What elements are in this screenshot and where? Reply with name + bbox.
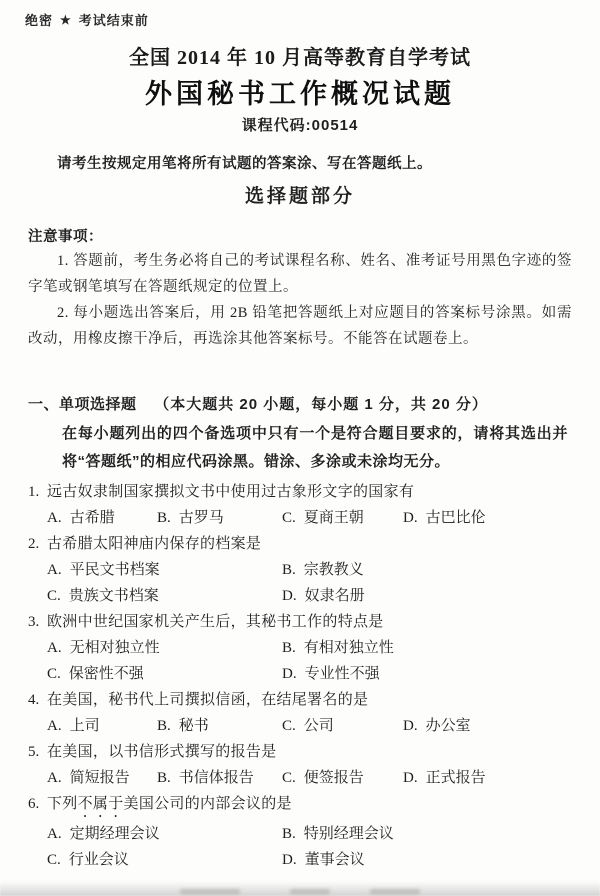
section-score-note: （本大题共 20 小题，每小题 1 分，共 20 分） <box>154 396 488 413</box>
option-a: A.定期经理会议 <box>47 821 282 847</box>
option-text: 平民文书档案 <box>70 557 160 583</box>
option-label: C. <box>47 847 61 873</box>
option-c: C.行业会议 <box>47 847 282 873</box>
option-c: C.贵族文书档案 <box>47 583 282 609</box>
part-title: 选择题部分 <box>28 185 572 209</box>
question-6: 6. 下列不属于美国公司的内部会议的是 A.定期经理会议 B.特别经理会议 C.… <box>28 791 572 873</box>
option-label: B. <box>157 765 171 791</box>
scan-smudge <box>370 889 420 894</box>
scan-smudge <box>180 889 240 894</box>
question-4-options: A.上司 B.秘书 C.公司 D.办公室 <box>47 713 572 739</box>
scan-artifact <box>0 881 600 896</box>
option-c: C.夏商王朝 <box>282 505 403 531</box>
question-1-stem: 1. 远古奴隶制国家撰拟文书中使用过古象形文字的国家有 <box>28 479 572 505</box>
option-text: 有相对独立性 <box>304 635 394 661</box>
note-2: 2. 每小题选出答案后，用 2B 铅笔把答题纸上对应题目的答案标号涂黑。如需改动… <box>28 300 572 352</box>
option-d: D.专业性不强 <box>282 661 380 687</box>
section-instructions: 在每小题列出的四个备选项中只有一个是符合题目要求的，请将其选出并将“答题纸”的相… <box>62 420 568 476</box>
classification-banner: 绝密 ★ 考试结束前 <box>25 10 149 29</box>
option-text: 便签报告 <box>304 765 364 791</box>
scan-smudge <box>290 889 330 894</box>
question-text: 欧洲中世纪国家机关产生后，其秘书工作的特点是 <box>47 609 572 635</box>
question-6-options-row-1: A.定期经理会议 B.特别经理会议 <box>47 821 572 847</box>
option-text: 古巴比伦 <box>426 505 486 531</box>
option-label: C. <box>47 661 61 687</box>
question-4: 4. 在美国，秘书代上司撰拟信函，在结尾署名的是 A.上司 B.秘书 C.公司 … <box>28 687 572 739</box>
question-4-stem: 4. 在美国，秘书代上司撰拟信函，在结尾署名的是 <box>28 687 572 713</box>
option-label: B. <box>282 635 296 661</box>
section-heading: 一、单项选择题 （本大题共 20 小题，每小题 1 分，共 20 分） <box>28 393 572 417</box>
question-2: 2. 古希腊太阳神庙内保存的档案是 A.平民文书档案 B.宗教教义 C.贵族文书… <box>28 531 572 609</box>
option-d: D.古巴比伦 <box>403 505 486 531</box>
option-text: 办公室 <box>426 713 471 739</box>
option-label: B. <box>282 557 296 583</box>
stem-emphasized: 不属于 <box>78 796 124 812</box>
option-b: B.有相对独立性 <box>282 635 394 661</box>
option-text: 上司 <box>70 713 100 739</box>
option-text: 定期经理会议 <box>70 821 160 847</box>
option-text: 公司 <box>304 713 334 739</box>
general-instruction: 请考生按规定用笔将所有试题的答案涂、写在答题纸上。 <box>28 154 572 174</box>
question-2-stem: 2. 古希腊太阳神庙内保存的档案是 <box>28 531 572 557</box>
question-1: 1. 远古奴隶制国家撰拟文书中使用过古象形文字的国家有 A.古希腊 B.古罗马 … <box>28 479 572 531</box>
option-text: 特别经理会议 <box>304 821 394 847</box>
question-3-options-row-2: C.保密性不强 D.专业性不强 <box>47 661 572 687</box>
option-text: 秘书 <box>179 713 209 739</box>
section-title: 一、单项选择题 <box>28 396 137 413</box>
option-label: A. <box>47 821 62 847</box>
option-label: A. <box>47 505 62 531</box>
option-b: B.特别经理会议 <box>282 821 394 847</box>
option-label: C. <box>282 765 296 791</box>
question-3-stem: 3. 欧洲中世纪国家机关产生后，其秘书工作的特点是 <box>28 609 572 635</box>
question-5-options: A.简短报告 B.书信体报告 C.便签报告 D.正式报告 <box>47 765 572 791</box>
option-text: 古希腊 <box>70 505 115 531</box>
option-text: 宗教教义 <box>304 557 364 583</box>
question-6-options-row-2: C.行业会议 D.董事会议 <box>47 847 572 873</box>
question-text: 古希腊太阳神庙内保存的档案是 <box>47 531 572 557</box>
question-number: 1. <box>28 479 47 505</box>
option-label: C. <box>47 583 61 609</box>
option-c: C.公司 <box>282 713 403 739</box>
option-a: A.上司 <box>47 713 157 739</box>
option-label: D. <box>403 765 418 791</box>
option-text: 正式报告 <box>426 765 486 791</box>
question-text: 下列不属于美国公司的内部会议的是 <box>47 791 572 821</box>
option-label: A. <box>47 765 62 791</box>
option-text: 专业性不强 <box>305 661 380 687</box>
option-text: 古罗马 <box>179 505 224 531</box>
question-text: 远古奴隶制国家撰拟文书中使用过古象形文字的国家有 <box>47 479 572 505</box>
option-a: A.无相对独立性 <box>47 635 282 661</box>
option-a: A.古希腊 <box>47 505 157 531</box>
option-label: A. <box>47 635 62 661</box>
question-number: 3. <box>28 609 47 635</box>
option-d: D.正式报告 <box>403 765 486 791</box>
option-label: D. <box>282 847 297 873</box>
option-d: D.董事会议 <box>282 847 365 873</box>
option-b: B.秘书 <box>157 713 282 739</box>
question-text: 在美国，以书信形式撰写的报告是 <box>47 739 572 765</box>
option-label: D. <box>403 505 418 531</box>
option-b: B.宗教教义 <box>282 557 364 583</box>
classification-label: 绝密 <box>25 10 53 29</box>
question-list: 1. 远古奴隶制国家撰拟文书中使用过古象形文字的国家有 A.古希腊 B.古罗马 … <box>28 479 572 873</box>
notes-heading: 注意事项： <box>28 226 572 248</box>
option-b: B.古罗马 <box>157 505 282 531</box>
question-2-options-row-2: C.贵族文书档案 D.奴隶名册 <box>47 583 572 609</box>
question-1-options: A.古希腊 B.古罗马 C.夏商王朝 D.古巴比伦 <box>47 505 572 531</box>
option-text: 书信体报告 <box>179 765 254 791</box>
option-a: A.平民文书档案 <box>47 557 282 583</box>
option-a: A.简短报告 <box>47 765 157 791</box>
option-d: D.奴隶名册 <box>282 583 365 609</box>
option-label: D. <box>282 583 297 609</box>
question-6-stem: 6. 下列不属于美国公司的内部会议的是 <box>28 791 572 821</box>
exam-title: 全国 2014 年 10 月高等教育自学考试 <box>28 45 572 71</box>
paper-title: 外国秘书工作概况试题 <box>28 78 572 110</box>
option-text: 董事会议 <box>305 847 365 873</box>
course-code: 课程代码:00514 <box>28 117 572 135</box>
question-2-options-row-1: A.平民文书档案 B.宗教教义 <box>47 557 572 583</box>
option-c: C.保密性不强 <box>47 661 282 687</box>
option-label: D. <box>403 713 418 739</box>
exam-phase-label: 考试结束前 <box>79 10 149 29</box>
star-icon: ★ <box>60 13 72 27</box>
option-text: 行业会议 <box>69 847 129 873</box>
question-text: 在美国，秘书代上司撰拟信函，在结尾署名的是 <box>47 687 572 713</box>
question-5-stem: 5. 在美国，以书信形式撰写的报告是 <box>28 739 572 765</box>
option-text: 贵族文书档案 <box>69 583 159 609</box>
question-5: 5. 在美国，以书信形式撰写的报告是 A.简短报告 B.书信体报告 C.便签报告… <box>28 739 572 791</box>
option-label: C. <box>282 713 296 739</box>
question-number: 2. <box>28 531 47 557</box>
question-number: 6. <box>28 791 47 821</box>
question-3-options-row-1: A.无相对独立性 B.有相对独立性 <box>47 635 572 661</box>
stem-prefix: 下列 <box>47 796 78 812</box>
option-label: B. <box>282 821 296 847</box>
option-label: D. <box>282 661 297 687</box>
question-3: 3. 欧洲中世纪国家机关产生后，其秘书工作的特点是 A.无相对独立性 B.有相对… <box>28 609 572 687</box>
option-text: 简短报告 <box>70 765 130 791</box>
option-text: 无相对独立性 <box>70 635 160 661</box>
option-label: B. <box>157 505 171 531</box>
exam-paper-page: 绝密 ★ 考试结束前 全国 2014 年 10 月高等教育自学考试 外国秘书工作… <box>0 0 600 896</box>
question-number: 5. <box>28 739 47 765</box>
option-label: A. <box>47 557 62 583</box>
option-text: 奴隶名册 <box>305 583 365 609</box>
option-label: A. <box>47 713 62 739</box>
stem-suffix: 美国公司的内部会议的是 <box>124 796 292 812</box>
option-label: B. <box>157 713 171 739</box>
option-text: 保密性不强 <box>69 661 144 687</box>
option-c: C.便签报告 <box>282 765 403 791</box>
note-1: 1. 答题前，考生务必将自己的考试课程名称、姓名、准考证号用黑色字迹的签字笔或钢… <box>28 248 572 300</box>
option-d: D.办公室 <box>403 713 471 739</box>
option-text: 夏商王朝 <box>304 505 364 531</box>
option-label: C. <box>282 505 296 531</box>
question-number: 4. <box>28 687 47 713</box>
option-b: B.书信体报告 <box>157 765 282 791</box>
